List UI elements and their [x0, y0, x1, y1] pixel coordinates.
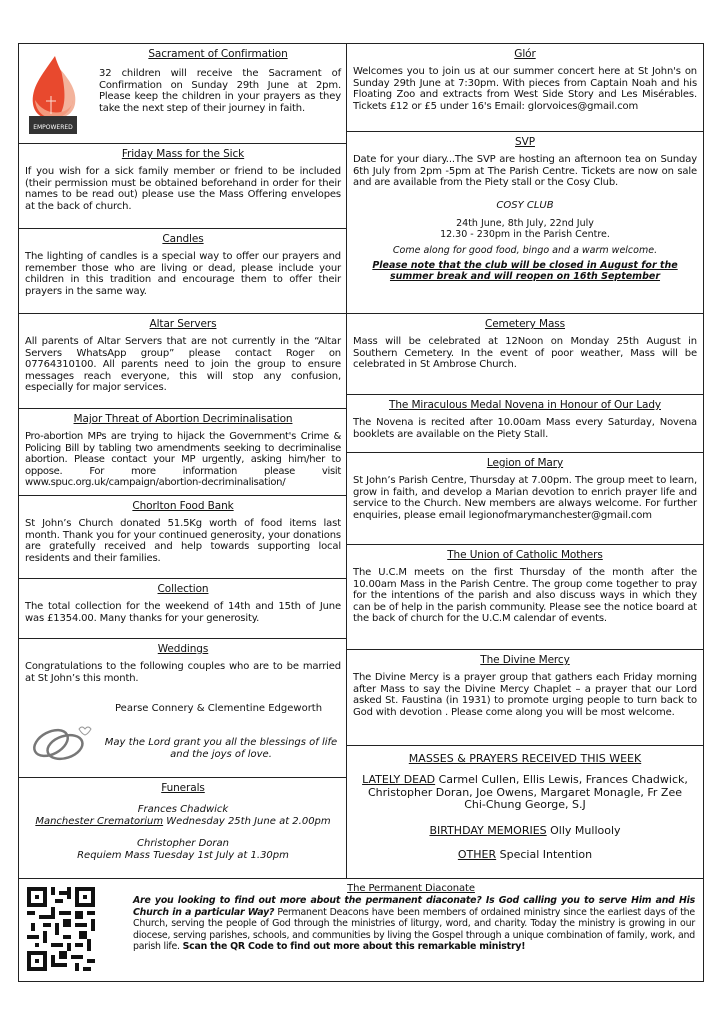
- cosy-club-invite: Come along for good food, bingo and a wa…: [347, 245, 703, 256]
- legion-of-mary-text: St John’s Parish Centre, Thursday at 7.0…: [347, 475, 703, 521]
- friday-mass-section: Friday Mass for the Sick If you wish for…: [18, 143, 348, 230]
- novena-section: The Miraculous Medal Novena in Honour of…: [346, 394, 704, 454]
- svp-text: Date for your diary...The SVP are hostin…: [347, 154, 703, 189]
- weddings-section: Weddings Congratulations to the followin…: [18, 638, 348, 779]
- cosy-club-note: Please note that the club will be closed…: [347, 260, 703, 282]
- altar-servers-text: All parents of Altar Servers that are no…: [19, 336, 347, 394]
- cosy-club-time: 12.30 - 230pm in the Parish Centre.: [347, 229, 703, 240]
- collection-section: Collection The total collection for the …: [18, 578, 348, 640]
- weddings-title: Weddings: [19, 643, 347, 656]
- food-bank-section: Chorlton Food Bank St John’s Church dona…: [18, 495, 348, 580]
- ucm-text: The U.C.M meets on the first Thursday of…: [347, 567, 703, 625]
- svp-section: SVP Date for your diary...The SVP are ho…: [346, 131, 704, 315]
- funeral-detail: Wednesday 25th June at 2.00pm: [163, 816, 331, 827]
- cemetery-mass-title: Cemetery Mass: [347, 318, 703, 331]
- collection-text: The total collection for the weekend of …: [19, 601, 347, 624]
- logo-label: EMPOWERED: [29, 124, 77, 131]
- masses-title: MASSES & PRAYERS RECEIVED THIS WEEK: [347, 752, 703, 765]
- funeral-venue: Manchester Crematorium: [35, 816, 163, 827]
- lately-dead-label: LATELY DEAD: [362, 773, 435, 786]
- abortion-section: Major Threat of Abortion Decriminalisati…: [18, 408, 348, 497]
- glor-text: Welcomes you to join us at our summer co…: [347, 66, 703, 112]
- friday-mass-text: If you wish for a sick family member or …: [19, 166, 347, 212]
- food-bank-title: Chorlton Food Bank: [19, 500, 347, 513]
- other-intention: Special Intention: [496, 848, 592, 861]
- novena-text: The Novena is recited after 10.00am Mass…: [347, 417, 703, 440]
- legion-of-mary-title: Legion of Mary: [347, 457, 703, 470]
- empowered-logo: EMPOWERED: [27, 54, 79, 136]
- wedding-rings-icon: [29, 719, 93, 763]
- confirmation-title: Sacrament of Confirmation: [89, 48, 347, 61]
- glor-section: Glór Welcomes you to join us at our summ…: [346, 43, 704, 133]
- diaconate-outro: Scan the QR Code to find out more about …: [183, 941, 526, 952]
- cosy-club-dates: 24th June, 8th July, 22nd July: [347, 218, 703, 229]
- weddings-text: Congratulations to the following couples…: [19, 661, 347, 684]
- ucm-title: The Union of Catholic Mothers: [347, 549, 703, 562]
- divine-mercy-title: The Divine Mercy: [347, 654, 703, 667]
- cemetery-mass-text: Mass will be celebrated at 12Noon on Mon…: [347, 336, 703, 371]
- divine-mercy-section: The Divine Mercy The Divine Mercy is a p…: [346, 649, 704, 747]
- food-bank-text: St John’s Church donated 51.5Kg worth of…: [19, 518, 347, 564]
- altar-servers-title: Altar Servers: [19, 318, 347, 331]
- wedding-blessing: May the Lord grant you all the blessings…: [103, 737, 339, 761]
- glor-title: Glór: [347, 48, 703, 61]
- qr-code-icon[interactable]: [27, 887, 95, 971]
- funeral-name: Christopher Doran: [19, 838, 347, 850]
- ucm-section: The Union of Catholic Mothers The U.C.M …: [346, 544, 704, 651]
- candles-text: The lighting of candles is a special way…: [19, 251, 347, 297]
- divine-mercy-text: The Divine Mercy is a prayer group that …: [347, 672, 703, 718]
- candles-title: Candles: [19, 233, 347, 246]
- altar-servers-section: Altar Servers All parents of Altar Serve…: [18, 313, 348, 410]
- collection-title: Collection: [19, 583, 347, 596]
- candles-section: Candles The lighting of candles is a spe…: [18, 228, 348, 315]
- svp-title: SVP: [347, 136, 703, 149]
- funerals-section: Funerals Frances Chadwick Manchester Cre…: [18, 777, 348, 880]
- birthday-names: Olly Mullooly: [547, 824, 621, 837]
- novena-title: The Miraculous Medal Novena in Honour of…: [347, 399, 703, 412]
- confirmation-text: 32 children will receive the Sacrament o…: [93, 68, 347, 114]
- birthday-label: BIRTHDAY MEMORIES: [429, 824, 546, 837]
- funeral-detail: Requiem Mass Tuesday 1st July at 1.30pm: [19, 850, 347, 862]
- cosy-club-title: COSY CLUB: [347, 200, 703, 211]
- funeral-name: Frances Chadwick: [19, 804, 347, 816]
- cemetery-mass-section: Cemetery Mass Mass will be celebrated at…: [346, 313, 704, 396]
- other-label: OTHER: [458, 848, 496, 861]
- abortion-text: Pro-abortion MPs are trying to hijack th…: [19, 431, 347, 489]
- diaconate-section: The Permanent Diaconate Are you looking …: [18, 878, 704, 982]
- masses-section: MASSES & PRAYERS RECEIVED THIS WEEK LATE…: [346, 745, 704, 880]
- abortion-title: Major Threat of Abortion Decriminalisati…: [19, 413, 347, 426]
- legion-of-mary-section: Legion of Mary St John’s Parish Centre, …: [346, 452, 704, 546]
- friday-mass-title: Friday Mass for the Sick: [19, 148, 347, 161]
- funerals-title: Funerals: [19, 782, 347, 795]
- confirmation-section: EMPOWERED Sacrament of Confirmation 32 c…: [18, 43, 348, 145]
- wedding-couple: Pearse Connery & Clementine Edgeworth: [115, 703, 322, 714]
- diaconate-title: The Permanent Diaconate: [119, 882, 703, 895]
